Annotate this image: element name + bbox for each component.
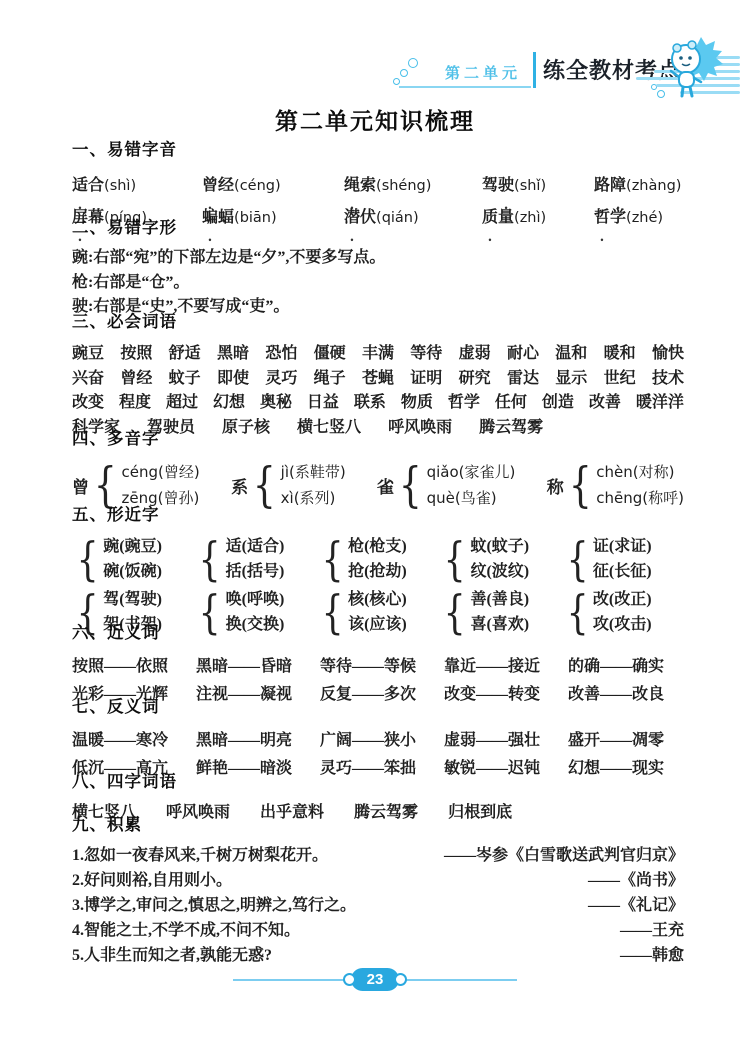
section-miswritten-forms: 二、易错字形 豌:右部“宛”的下部左边是“夕”,不要多写点。枪:右部是“仓”。驶… — [72, 216, 684, 320]
antonym-pair: 黑暗——明亮 — [196, 727, 292, 755]
lookalike-row: {豌(豌豆)碗(饭碗){适(适合)括(括号){枪(枪支)抢(抢劫){蚊(蚊子)纹… — [72, 533, 684, 585]
word: 程度 — [119, 391, 151, 416]
char: 适 — [72, 170, 88, 201]
form-note: 豌:右部“宛”的下部左边是“夕”,不要多写点。 — [72, 246, 684, 271]
section-heading: 五、形近字 — [72, 503, 684, 527]
word: 改善 — [589, 391, 621, 416]
option: 纹(波纹) — [470, 559, 529, 584]
bubble-icon — [408, 58, 418, 68]
word: 任何 — [495, 391, 527, 416]
header-underline — [399, 86, 531, 88]
option: 改(改正) — [593, 587, 652, 612]
brace-icon: { — [77, 536, 99, 582]
option: 驾(驾驶) — [103, 587, 162, 612]
brace-icon: { — [94, 461, 117, 509]
synonym-pair: 等待——等候 — [320, 653, 416, 681]
pinyin-row: 适合(shì)曾经(céng)绳索(shéng)驾驶(shǐ)路障(zhàng) — [72, 170, 684, 202]
char: 驾 — [482, 170, 498, 201]
section-heading: 九、积累 — [72, 813, 684, 837]
word: 僵硬 — [314, 342, 346, 367]
option: 括(括号) — [226, 559, 285, 584]
option: 征(长征) — [593, 559, 652, 584]
antonym-pair: 虚弱——强壮 — [444, 727, 540, 755]
synonym-pair: 靠近——接近 — [444, 653, 540, 681]
quote-text: 3.博学之,审问之,慎思之,明辨之,笃行之。 — [72, 893, 356, 918]
word: 等待 — [410, 342, 442, 367]
quote-row: 1.忽如一夜春风来,千树万树梨花开。——岑参《白雪歌送武判官归京》 — [72, 843, 684, 868]
header-divider — [533, 52, 536, 88]
pinyin: (zhàng) — [626, 178, 681, 194]
word-row: 兴奋曾经蚊子即使灵巧绳子苍蝇证明研究雷达显示世纪技术 — [72, 367, 684, 392]
word: 雷达 — [507, 367, 539, 392]
word: 奥秘 — [260, 391, 292, 416]
char: 路 — [594, 170, 610, 201]
word: 显示 — [555, 367, 587, 392]
char: 合 — [88, 170, 104, 201]
word: 联系 — [354, 391, 386, 416]
option: 善(善良) — [470, 587, 529, 612]
word: 幻想 — [213, 391, 245, 416]
word: 绳子 — [314, 367, 346, 392]
option: 核(核心) — [348, 587, 407, 612]
char: 索 — [360, 170, 376, 201]
polyphone-char: 称 — [547, 473, 564, 498]
antonym-pair: 广阔——狭小 — [320, 727, 416, 755]
quote-text: 2.好问则裕,自用则小。 — [72, 868, 232, 893]
lookalike-options: 蚊(蚊子)纹(波纹) — [470, 534, 529, 584]
word: 耐心 — [507, 342, 539, 367]
char: 障 — [610, 170, 626, 201]
lookalike-options: 豌(豌豆)碗(饭碗) — [103, 534, 162, 584]
quote-row: 4.智能之士,不学不成,不问不知。——王充 — [72, 918, 684, 943]
footer-line — [402, 979, 517, 981]
word: 技术 — [652, 367, 684, 392]
option: céng(曾经) — [122, 459, 200, 485]
word: 温和 — [555, 342, 587, 367]
bubble-icon — [400, 69, 408, 77]
page-title: 第二单元知识梳理 — [0, 103, 750, 136]
pinyin: (shéng) — [376, 178, 431, 194]
pinyin-word: 曾经(céng) — [202, 170, 344, 202]
bubble-icon — [393, 78, 400, 85]
word: 超过 — [166, 391, 198, 416]
antonym-pair-row: 温暖——寒冷黑暗——明亮广阔——狭小虚弱——强壮盛开——凋零 — [72, 727, 664, 755]
brace-icon: { — [444, 536, 466, 582]
polyphone-char: 系 — [231, 473, 248, 498]
quote-row: 3.博学之,审问之,慎思之,明辨之,笃行之。——《礼记》 — [72, 893, 684, 918]
quote-text: 5.人非生而知之者,孰能无惑? — [72, 943, 272, 968]
synonym-pair: 按照——依照 — [72, 653, 168, 681]
section-lookalike-chars: 五、形近字 {豌(豌豆)碗(饭碗){适(适合)括(括号){枪(枪支)抢(抢劫){… — [72, 503, 684, 639]
pinyin: (céng) — [234, 178, 281, 194]
quote-row: 2.好问则裕,自用则小。——《尚书》 — [72, 868, 684, 893]
word: 按照 — [120, 342, 152, 367]
word: 改变 — [72, 391, 104, 416]
option: qiǎo(家雀儿) — [427, 459, 516, 485]
brace-icon: { — [199, 536, 221, 582]
form-notes: 豌:右部“宛”的下部左边是“夕”,不要多写点。枪:右部是“仓”。驶:右部是“史”… — [72, 246, 684, 320]
pinyin-word: 绳索(shéng) — [344, 170, 482, 202]
lookalike-group: {适(适合)括(括号) — [194, 533, 316, 585]
quote-source: ——《礼记》 — [588, 893, 684, 918]
lookalike-group: {蚊(蚊子)纹(波纹) — [439, 533, 561, 585]
pinyin-word: 驾驶(shǐ) — [482, 170, 594, 202]
page-footer: 23 — [0, 968, 750, 991]
page-header: 第二单元 练全教材考点 — [393, 50, 740, 102]
section-heading: 八、四字词语 — [72, 770, 684, 794]
word: 暖洋洋 — [636, 391, 684, 416]
quote-text: 4.智能之士,不学不成,不问不知。 — [72, 918, 300, 943]
word: 物质 — [401, 391, 433, 416]
lookalike-options: 证(求证)征(长征) — [593, 534, 652, 584]
quote-row: 5.人非生而知之者,孰能无惑?——韩愈 — [72, 943, 684, 968]
word: 蚊子 — [169, 367, 201, 392]
section-heading: 六、近义词 — [72, 621, 684, 645]
polyphone-char: 曾 — [72, 473, 89, 498]
word: 恐怕 — [265, 342, 297, 367]
word-rows: 豌豆按照舒适黑暗恐怕僵硬丰满等待虚弱耐心温和暖和愉快兴奋曾经蚊子即使灵巧绳子苍蝇… — [72, 342, 684, 440]
word: 曾经 — [120, 367, 152, 392]
lookalike-options: 适(适合)括(括号) — [226, 534, 285, 584]
option: 证(求证) — [593, 534, 652, 559]
synonym-pair-row: 按照——依照黑暗——昏暗等待——等候靠近——接近的确——确实 — [72, 653, 664, 681]
section-accumulation: 九、积累 1.忽如一夜春风来,千树万树梨花开。——岑参《白雪歌送武判官归京》2.… — [72, 813, 684, 968]
word: 灵巧 — [265, 367, 297, 392]
option: 蚊(蚊子) — [470, 534, 529, 559]
quote-source: ——岑参《白雪歌送武判官归京》 — [444, 843, 684, 868]
brace-icon: { — [569, 461, 592, 509]
word: 创造 — [542, 391, 574, 416]
option: 适(适合) — [226, 534, 285, 559]
footer-dot-icon — [394, 973, 407, 986]
quote-source: ——王充 — [620, 918, 684, 943]
section-heading: 三、必会词语 — [72, 310, 684, 334]
word: 即使 — [217, 367, 249, 392]
quote-source: ——《尚书》 — [588, 868, 684, 893]
section-polyphones: 四、多音字 曾{céng(曾经)zēng(曾孙)系{jì(系鞋带)xì(系列)雀… — [72, 427, 684, 511]
brace-icon: { — [253, 461, 276, 509]
antonym-pair: 盛开——凋零 — [568, 727, 664, 755]
word: 丰满 — [362, 342, 394, 367]
word: 豌豆 — [72, 342, 104, 367]
char: 驶 — [498, 170, 514, 201]
lookalike-group: {枪(枪支)抢(抢劫) — [317, 533, 439, 585]
word-row: 改变程度超过幻想奥秘日益联系物质哲学任何创造改善暖洋洋 — [72, 391, 684, 416]
word: 苍蝇 — [362, 367, 394, 392]
pinyin-word: 路障(zhàng) — [594, 170, 684, 202]
synonym-pair: 黑暗——昏暗 — [196, 653, 292, 681]
section-heading: 一、易错字音 — [72, 138, 684, 162]
option: 抢(抢劫) — [348, 559, 407, 584]
option: 碗(饭碗) — [103, 559, 162, 584]
accumulation-items: 1.忽如一夜春风来,千树万树梨花开。——岑参《白雪歌送武判官归京》2.好问则裕,… — [72, 843, 684, 968]
option: jì(系鞋带) — [281, 459, 346, 485]
word: 世纪 — [604, 367, 636, 392]
unit-label: 第二单元 — [445, 62, 521, 83]
quote-source: ——韩愈 — [620, 943, 684, 968]
pinyin: (shì) — [104, 178, 136, 194]
word: 愉快 — [652, 342, 684, 367]
word: 证明 — [410, 367, 442, 392]
word: 舒适 — [169, 342, 201, 367]
section-heading: 七、反义词 — [72, 695, 684, 719]
word: 研究 — [459, 367, 491, 392]
option: 豌(豌豆) — [103, 534, 162, 559]
footer-dot-icon — [343, 973, 356, 986]
word-row: 豌豆按照舒适黑暗恐怕僵硬丰满等待虚弱耐心温和暖和愉快 — [72, 342, 684, 367]
page-number-badge: 23 — [351, 968, 399, 991]
section-heading: 四、多音字 — [72, 427, 684, 451]
lookalike-group: {豌(豌豆)碗(饭碗) — [72, 533, 194, 585]
char: 曾 — [202, 170, 218, 201]
polyphone-char: 雀 — [377, 473, 394, 498]
option: 枪(枪支) — [348, 534, 407, 559]
option: 唤(呼唤) — [226, 587, 285, 612]
word: 哲学 — [448, 391, 480, 416]
lookalike-options: 枪(枪支)抢(抢劫) — [348, 534, 407, 584]
antonym-pair: 温暖——寒冷 — [72, 727, 168, 755]
char: 经 — [218, 170, 234, 201]
pinyin-word: 适合(shì) — [72, 170, 202, 202]
pinyin: (shǐ) — [514, 178, 546, 194]
lookalike-group: {证(求证)征(长征) — [562, 533, 684, 585]
char: 绳 — [344, 170, 360, 201]
word: 日益 — [307, 391, 339, 416]
section-heading: 二、易错字形 — [72, 216, 684, 240]
brace-icon: { — [321, 536, 343, 582]
synonym-pair: 的确——确实 — [568, 653, 664, 681]
footer-line — [233, 979, 348, 981]
brace-icon: { — [566, 536, 588, 582]
word: 兴奋 — [72, 367, 104, 392]
form-note: 枪:右部是“仓”。 — [72, 271, 684, 296]
mascot-lion-icon — [659, 36, 723, 102]
brace-icon: { — [399, 461, 422, 509]
quote-text: 1.忽如一夜春风来,千树万树梨花开。 — [72, 843, 328, 868]
option: chèn(对称) — [596, 459, 684, 485]
section-must-know-words: 三、必会词语 豌豆按照舒适黑暗恐怕僵硬丰满等待虚弱耐心温和暖和愉快兴奋曾经蚊子即… — [72, 310, 684, 440]
word: 虚弱 — [459, 342, 491, 367]
word: 黑暗 — [217, 342, 249, 367]
word: 暖和 — [604, 342, 636, 367]
